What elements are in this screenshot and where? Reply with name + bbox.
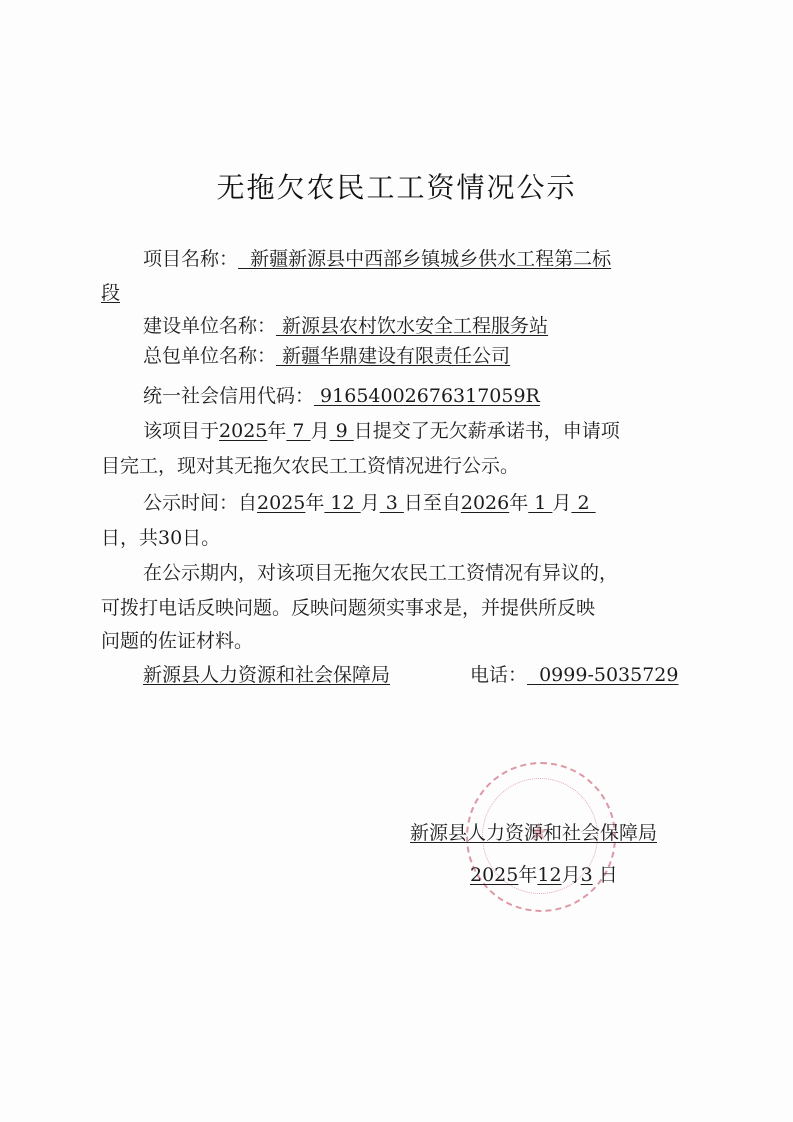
sig-day-unit: 日 — [593, 864, 618, 886]
end-month: 1 — [528, 492, 552, 514]
month-unit: 月 — [552, 492, 571, 514]
sig-year: 2025 — [470, 864, 518, 886]
signature-agency: 新源县人力资源和社会保障局 — [410, 820, 657, 846]
year-unit: 年 — [305, 492, 324, 514]
period-line-2: 日，共30日。 — [101, 525, 220, 551]
credit-code-row: 统一社会信用代码： 91654002676317059R — [143, 383, 540, 409]
sig-month-unit: 月 — [562, 864, 581, 886]
signature-agency-name: 新源县人力资源和社会保障局 — [410, 822, 657, 844]
period-prefix: 公示时间：自 — [143, 492, 257, 514]
signature-date: 2025年12月3 日 — [470, 862, 618, 888]
end-year: 2026 — [461, 492, 509, 514]
month-unit: 月 — [361, 492, 380, 514]
end-day: 2 — [571, 492, 595, 514]
start-month: 12 — [324, 492, 360, 514]
builder-label: 建设单位名称： — [143, 315, 276, 337]
start-day: 3 — [380, 492, 404, 514]
phone-value: 0999-5035729 — [527, 664, 678, 686]
phone-label: 电话： — [470, 664, 527, 686]
objection-line-3: 问题的佐证材料。 — [101, 628, 253, 654]
builder-row: 建设单位名称： 新源县农村饮水安全工程服务站 — [143, 313, 548, 339]
commit-year: 2025 — [219, 420, 267, 442]
project-name-label: 项目名称： — [143, 248, 238, 270]
objection-line-1: 在公示期内，对该项目无拖欠农民工工资情况有异议的， — [143, 560, 618, 586]
commit-line-2: 目完工，现对其无拖欠农民工工资情况进行公示。 — [101, 453, 519, 479]
project-name-value-cont: 段 — [101, 282, 120, 304]
commit-month: 7 — [286, 420, 310, 442]
sig-day: 3 — [581, 864, 593, 886]
contractor-value: 新疆华鼎建设有限责任公司 — [276, 345, 510, 367]
month-unit: 月 — [311, 420, 330, 442]
commit-prefix: 该项目于 — [143, 420, 219, 442]
objection-line-2: 可拨打电话反映问题。反映问题须实事求是，并提供所反映 — [101, 595, 595, 621]
contact-row: 新源县人力资源和社会保障局 — [143, 662, 390, 688]
credit-code-label: 统一社会信用代码： — [143, 385, 314, 407]
contractor-label: 总包单位名称： — [143, 345, 276, 367]
year-unit: 年 — [267, 420, 286, 442]
document-title: 无拖欠农民工工资情况公示 — [0, 166, 793, 206]
credit-code-value: 91654002676317059R — [314, 385, 540, 407]
contractor-row: 总包单位名称： 新疆华鼎建设有限责任公司 — [143, 343, 510, 369]
phone-row: 电话： 0999-5035729 — [470, 662, 679, 688]
document-page: 无拖欠农民工工资情况公示 项目名称： 新疆新源县中西部乡镇城乡供水工程第二标 段… — [0, 0, 793, 1122]
project-name-value: 新疆新源县中西部乡镇城乡供水工程第二标 — [238, 248, 611, 270]
commit-suffix: 日提交了无欠薪承诺书，申请项 — [354, 420, 620, 442]
project-name-continuation: 段 — [101, 280, 120, 306]
start-year: 2025 — [257, 492, 305, 514]
period-line-1: 公示时间：自2025年 12 月 3 日至自2026年 1 月 2 — [143, 490, 596, 516]
project-name-row: 项目名称： 新疆新源县中西部乡镇城乡供水工程第二标 — [143, 246, 611, 272]
contact-agency: 新源县人力资源和社会保障局 — [143, 664, 390, 686]
year-unit: 年 — [509, 492, 528, 514]
builder-value: 新源县农村饮水安全工程服务站 — [276, 315, 548, 337]
sig-month: 12 — [537, 864, 561, 886]
sig-year-unit: 年 — [518, 864, 537, 886]
period-mid: 日至自 — [404, 492, 461, 514]
commit-day: 9 — [330, 420, 354, 442]
commit-line-1: 该项目于2025年 7 月 9 日提交了无欠薪承诺书，申请项 — [143, 418, 620, 444]
